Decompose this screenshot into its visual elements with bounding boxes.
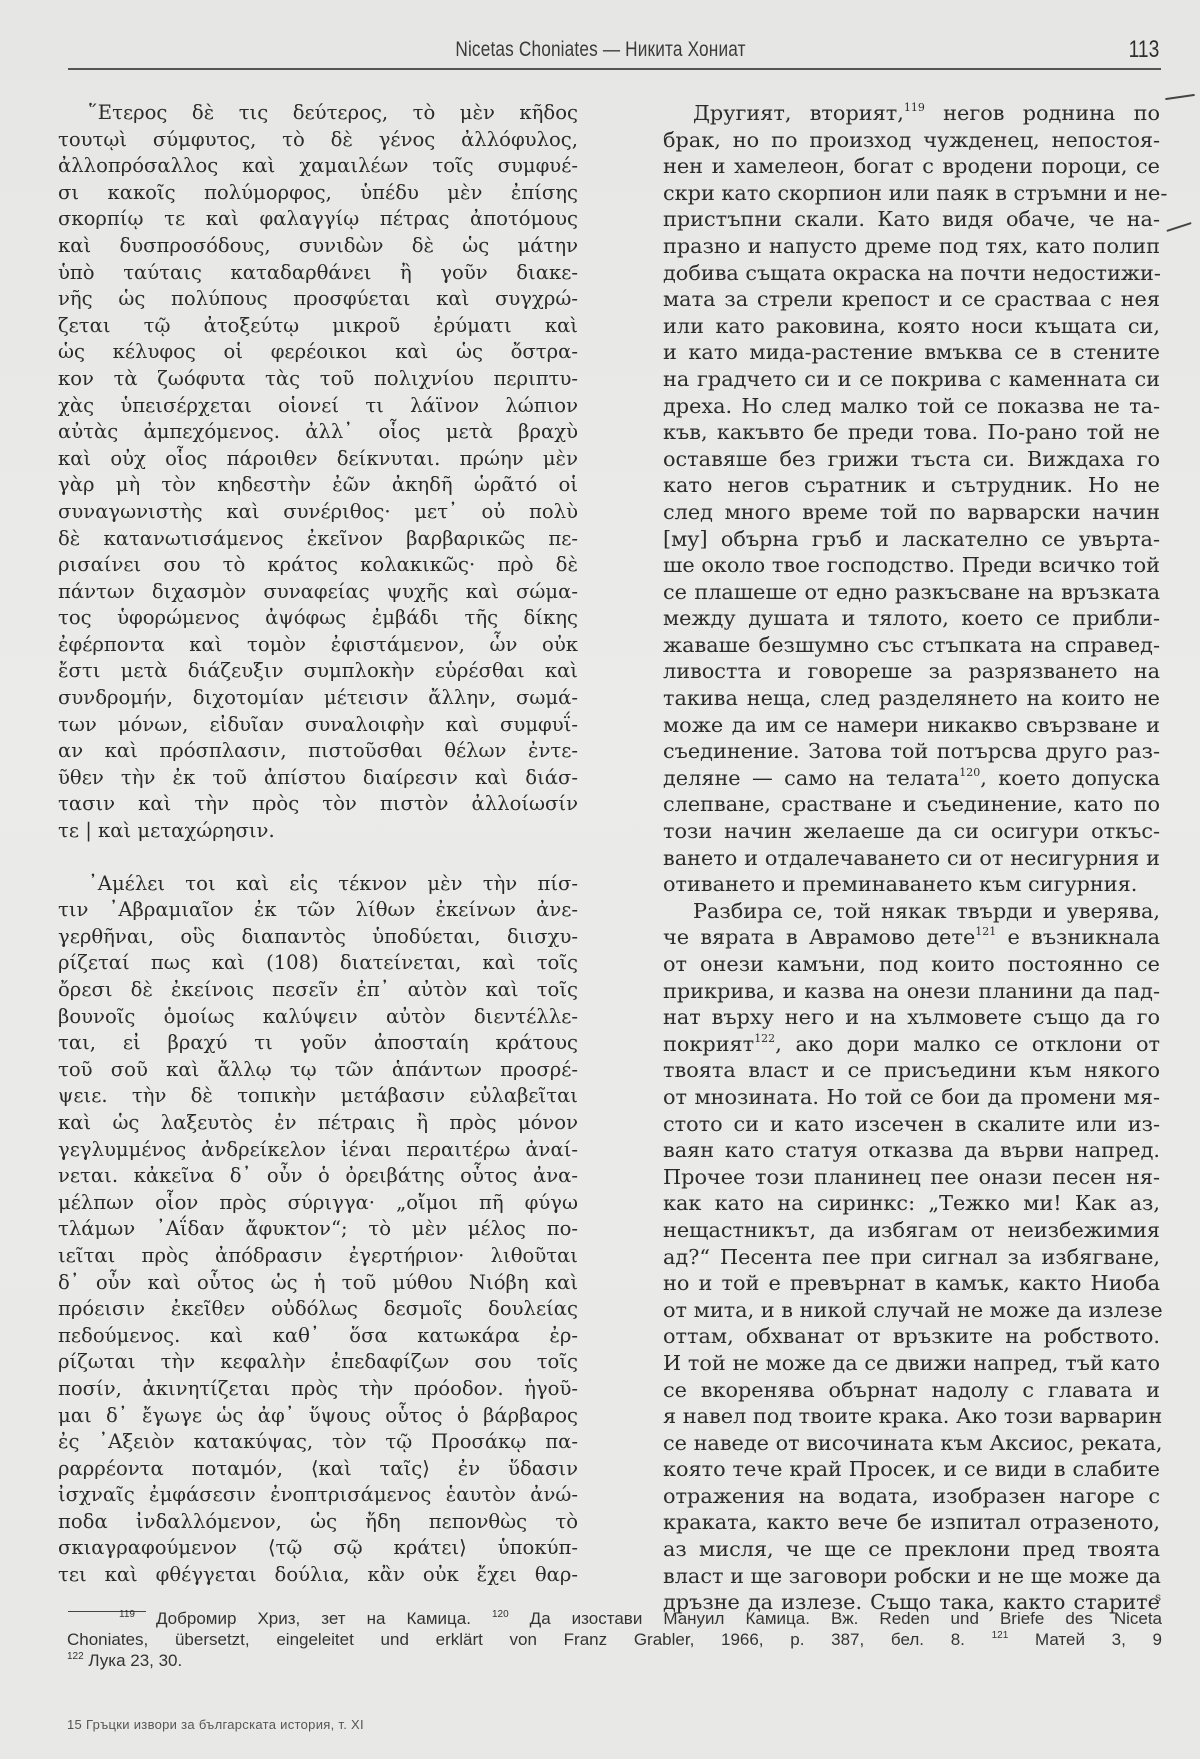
text-line: от онези камъни, под които постоянно се [663,951,1160,978]
signature-line: 15 Гръцки извори за българската история,… [67,1717,364,1732]
text-line: се наведе от височината към Аксиос, река… [663,1430,1160,1457]
text-line: как като на сиринкс: „Тежко ми! Как аз, [663,1190,1160,1217]
footnotes: 119 Добромир Хриз, зет на Камица. 120 Да… [67,1608,1162,1671]
text-line: добива същата окраска на почти недостижи… [663,260,1160,287]
text-line: краката, както вече бе изпитал отразенот… [663,1509,1160,1536]
text-line: се вкоренява обърнат надолу с главата и [663,1377,1160,1404]
text-line: между душата и тялото, което се прибли- [663,605,1160,632]
text-line: ἐφέρποντα καὶ τομὸν ἐφιστάμενον, ὧν οὐκ [58,632,578,659]
footnote-reference[interactable]: 120 [959,766,980,779]
text-line: покрият122, ако дори малко се отклони от [663,1031,1160,1058]
text-line: след много време той по варварски начин [663,499,1160,526]
text-line: γὰρ μὴ τὸν κηδεστὴν ἐῶν ἀκηδῆ ὡρᾶτό οἱ [58,472,578,499]
text-line: ἔστι μετὰ διάζευξιν συμπλοκὴν εὑρέσθαι κ… [58,658,578,685]
text-line: ше около твое господство. Преди всичко т… [663,552,1160,579]
text-line: ται, εἰ βραχύ τι γοῦν ἀποσταίη κράτους [58,1030,578,1057]
text-line: стото си и като изсечен в скалите или из… [663,1111,1160,1138]
text-line: оставяше без грижи тъста си. Виждаха го [663,446,1160,473]
text-line: αὐτὰς ἀμπεχόμενος. ἀλλ᾽ οἷος μετὰ βραχὺ [58,419,578,446]
text-line: σκορπίῳ τε καὶ φαλαγγίῳ πέτρας ἀποτόμους [58,206,578,233]
text-line: отражения на водата, изобразен нагоре с [663,1483,1160,1510]
text-line: ἀλλοπρόσαλλος καὶ χαμαιλέων τοῖς συμφυέ- [58,153,578,180]
text-line: скри като скорпион или паяк в стръмни и … [663,180,1160,207]
text-line: μέλπων οἷον πρὸς σύριγγα· „οἴμοι πῆ φύγω [58,1190,578,1217]
text-line: която тече край Просек, и се види в слаб… [663,1456,1160,1483]
text-line: συνδρομήν, διχοτομίαν μέτεισιν ἄλλην, σω… [58,685,578,712]
text-line: нен и хамелеон, богат с вродени пороци, … [663,153,1160,180]
text-line: брак, но по произход чужденец, непостоя- [663,127,1160,154]
text-line: τιν ᾽Αβραμιαῖον ἐκ τῶν λίθων ἐκείνων ἀνε… [58,897,578,924]
text-line: ζεται τῷ ἀτοξεύτῳ μικροῦ ἐρύματι καὶ [58,313,578,340]
text-line: като негов съратник и сътрудник. Но не [663,472,1160,499]
text-line: χὰς ὑπεισέρχεται οἱονεί τι λάϊνον λώπιον [58,393,578,420]
footnote-line: Choniates, übersetzt, eingeleitet und er… [67,1629,1162,1650]
text-line: ᾽Αμέλει τοι καὶ εἰς τέκνον μὲν τὴν πίσ- [58,871,578,898]
footnote-number: 121 [992,1630,1009,1641]
text-line: ρίζεταί πως καὶ (108) διατείνεται, καὶ τ… [58,950,578,977]
text-line: пристъпни скали. Като видя обаче, че на- [663,206,1160,233]
text-line: ψειε. τὴν δὲ τοπικὴν μετάβασιν εὐλαβεῖτα… [58,1083,578,1110]
text-line: оттам, обхванат от връзките на робството… [663,1323,1160,1350]
text-line: ад?“ Песента пее при сигнал за избягване… [663,1244,1160,1271]
margin-letter: s [1155,1590,1161,1604]
text-line: власт и ще заговори робски и не ще може … [663,1563,1160,1590]
text-line: твоята власт и се присъедини към някого [663,1057,1160,1084]
text-line: ιεῖται πρὸς ἀπόδρασιν ἐγερτήριον· λιθοῦτ… [58,1243,578,1270]
text-line: ἐς ᾽Αξειὸν κατακύψας, τὸν τῷ Προσάκῳ πα- [58,1429,578,1456]
text-line: τλάμων ᾽Αΐδαν ἄφυκτον“; τὸ μὲν μέλος πο- [58,1216,578,1243]
text-line: των μόνων, εἰδυῖαν συναλοιφὴν καὶ συμφυΐ… [58,712,578,739]
text-line: δὲ κατανωτισάμενος ἐκεῖνον βαρβαρικῶς πε… [58,526,578,553]
footnote-line: 122 Лука 23, 30. [67,1650,1162,1671]
text-line: καὶ ὡς λαξευτὸς ἐν πέτραις ἢ πρὸς μόνον [58,1110,578,1137]
footnote-line: 119 Добромир Хриз, зет на Камица. 120 Да… [67,1608,1162,1629]
text-line: τασιν καὶ τὴν πρὸς τὸν πιστὸν ἀλλοίωσίν [58,791,578,818]
text-line: [му] обърна гръб и ласкателно се увърта- [663,526,1160,553]
running-head-title: Nicetas Choniates — Никита Хониат [139,38,1062,62]
text-line: γερθῆναι, οὓς διαπαντὸς ὑποδύεται, διισχ… [58,924,578,951]
text-line: δ᾽ οὖν καὶ οὗτος ὡς ἡ τοῦ μύθου Νιόβη κα… [58,1270,578,1297]
footnote-number: 119 [119,1609,135,1620]
text-line: ραρρέοντα ποταμόν, ⟨καὶ ταῖς⟩ ἐν ὕδασιν [58,1456,578,1483]
paragraph-gap [58,845,578,871]
text-line: дреха. Но след малко той се показва не т… [663,393,1160,420]
text-line: ῦθεν τὴν ἐκ τοῦ ἀπίστου διαίρεσιν καὶ δι… [58,765,578,792]
text-line: се плашеше от едно разкъсване на връзкат… [663,579,1160,606]
text-line: τουτῳὶ σύμφυτος, τὸ δὲ γένος ἀλλόφυλος, [58,127,578,154]
text-line: ваян като статуя отказва да върви напред… [663,1137,1160,1164]
footnote-reference[interactable]: 122 [754,1032,775,1045]
text-line: Прочее този планинец пее онази песен ня- [663,1164,1160,1191]
text-line: γεγλυμμένος ἀνδρείκελον ἰέναι περαιτέρω … [58,1137,578,1164]
text-line: жаваше безшумно със стъпката на справед- [663,632,1160,659]
text-line: ὡς κέλυφος οἱ φερέοικοι καὶ ὡς ὄστρα- [58,339,578,366]
text-line: ποδα ἰνδαλλόμενον, ὡς ἤδη πεπονθὼς τὸ [58,1509,578,1536]
margin-pen-mark [1165,94,1195,100]
text-line: съединение. Затова той потърсва друго ра… [663,738,1160,765]
text-line: мата за стрели крепост и се срастваа с н… [663,286,1160,313]
text-line: πεδούμενος. καὶ καθ᾽ ὅσα κατωκάρα ἐρ- [58,1323,578,1350]
text-line: καὶ δυσπροσόδους, συνιδὼν δὲ ὡς μάτην [58,233,578,260]
text-line: τει καὶ φθέγγεται δούλια, κἂν οὐκ ἔχει θ… [58,1562,578,1589]
text-line: деляне — само на телата120, което допуск… [663,765,1160,792]
text-line: νῆς ὡς πολύπους προσφύεται καὶ συγχρώ- [58,286,578,313]
text-line: аз мисля, че ще се преклони пред твоята [663,1536,1160,1563]
text-line: този начин желаеше да си осигури откъс- [663,818,1160,845]
footnote-reference[interactable]: 119 [904,101,925,114]
footnote-number: 120 [492,1609,509,1620]
text-line: ливостта и говореше за разрязването на [663,658,1160,685]
text-line: μαι δ᾽ ἔγωγε ὡς ἀφ᾽ ὕψους οὗτος ὁ βάρβαρ… [58,1403,578,1430]
text-line: πρόεισιν ἐκεῖθεν οὐδόλως δεσμοῖς δουλεία… [58,1296,578,1323]
text-line: от мнозината. Но той се бои да промени м… [663,1084,1160,1111]
text-line: нещастникът, да избягам от неизбежимия [663,1217,1160,1244]
text-line: βουνοῖς ὁμοίως καλύψειν αὐτὸν διεντέλλε- [58,1004,578,1031]
text-line: ването и отдалечаването си от несигурния… [663,845,1160,872]
bulgarian-text-column: Другият, вторият,119 негов роднина побра… [663,100,1160,1616]
text-line: ὑπὸ ταύταις καταδαρθάνει ἢ γοῦν διακε- [58,260,578,287]
text-line: νεται. κἀκεῖνα δ᾽ οὖν ὁ ὀρειβάτης οὗτος … [58,1163,578,1190]
footnote-number: 122 [67,1651,84,1662]
text-line: σι κακοῖς πολύμορφος, ὑπέδυ μὲν ἐπίσης [58,180,578,207]
footnote-reference[interactable]: 121 [975,925,996,938]
text-line: σκιαγραφούμενον ⟨τῷ σῷ κράτει⟩ ὑποκύπ- [58,1535,578,1562]
text-line: но и той е превърнат в камък, както Ниоб… [663,1270,1160,1297]
text-line: къв, какъвто бе преди това. По-рано той … [663,419,1160,446]
text-line: ῞Ετερος δὲ τις δεύτερος, τὸ μὲν κῆδος [58,100,578,127]
text-line: πάντων διχασμὸν συναφείας ψυχῆς καὶ σώμα… [58,579,578,606]
text-line: празно и напусто дреме под тях, като пол… [663,233,1160,260]
text-line: слепване, срастване и съединение, като п… [663,791,1160,818]
text-line: нат върху него и на хълмовете също да го [663,1004,1160,1031]
text-line: Разбира се, той някак твърди и уверява, [663,898,1160,925]
text-line: τος ὑφορώμενος ἀψόφως ἐμβάδι τῆς δίκης [58,605,578,632]
page-number: 113 [1128,36,1159,64]
text-line: τοῦ σοῦ καὶ ἄλλῳ τῳ τῶν ἁπάντων προσρέ- [58,1057,578,1084]
text-line: κον τὰ ζωόφυτα τὰς τοῦ πολιχνίου περιπτυ… [58,366,578,393]
text-line: на градчето си и се покрива с каменната … [663,366,1160,393]
text-line: αν καὶ πρόσπλασιν, πιστοῦσθαι θέλων ἐντε… [58,738,578,765]
text-line: я навел под твоите крака. Ако този варва… [663,1403,1160,1430]
text-line: ὄρεσι δὲ ἐκείνοις πεσεῖν ἐπ᾽ αὐτὸν καὶ τ… [58,977,578,1004]
margin-pen-mark [1166,222,1191,232]
text-line: ρισαίνει σου τὸ κράτος κολακικῶς· πρὸ δὲ [58,552,578,579]
text-line: че вярата в Аврамово дете121 е възникнал… [663,924,1160,951]
header-rule [68,68,1161,70]
text-line: И той не може да се движи напред, тъй ка… [663,1350,1160,1377]
text-line: прикрива, и казва на онези планини да па… [663,978,1160,1005]
text-line: от мита, и в никой случай не може да изл… [663,1297,1160,1324]
text-line: ἰσχναῖς ἐμφάσεσιν ἐνοπτρισάμενος ἑαυτὸν … [58,1482,578,1509]
text-line: може да им се намери никакво свързване и [663,712,1160,739]
text-line: или като раковина, която носи къщата си, [663,313,1160,340]
book-page: Nicetas Choniates — Никита Хониат 113 ῞Ε… [0,0,1200,1759]
text-line: τε | καὶ μεταχώρησιν. [58,818,578,845]
text-line: и като мида-растение вмъква се в стените [663,339,1160,366]
text-line: συναγωνιστὴς καὶ συνέριθος· μετ᾽ οὐ πολὺ [58,499,578,526]
text-line: ρίζωται τὴν κεφαλὴν ἐπεδαφίζων σου τοῖς [58,1349,578,1376]
text-line: καὶ οὐχ οἷος πάροιθεν δείκνυται. πρώην μ… [58,446,578,473]
greek-text-column: ῞Ετερος δὲ τις δεύτερος, τὸ μὲν κῆδοςτου… [58,100,578,1589]
text-line: отиването и преминаването към сигурния. [663,871,1160,898]
text-line: ποσίν, ἀκινητίζεται πρὸς τὴν πρόοδον. ἡγ… [58,1376,578,1403]
text-line: Другият, вторият,119 негов роднина по [663,100,1160,127]
text-line: такива неща, след разделянето на които н… [663,685,1160,712]
running-head: Nicetas Choniates — Никита Хониат 113 [38,38,1163,68]
